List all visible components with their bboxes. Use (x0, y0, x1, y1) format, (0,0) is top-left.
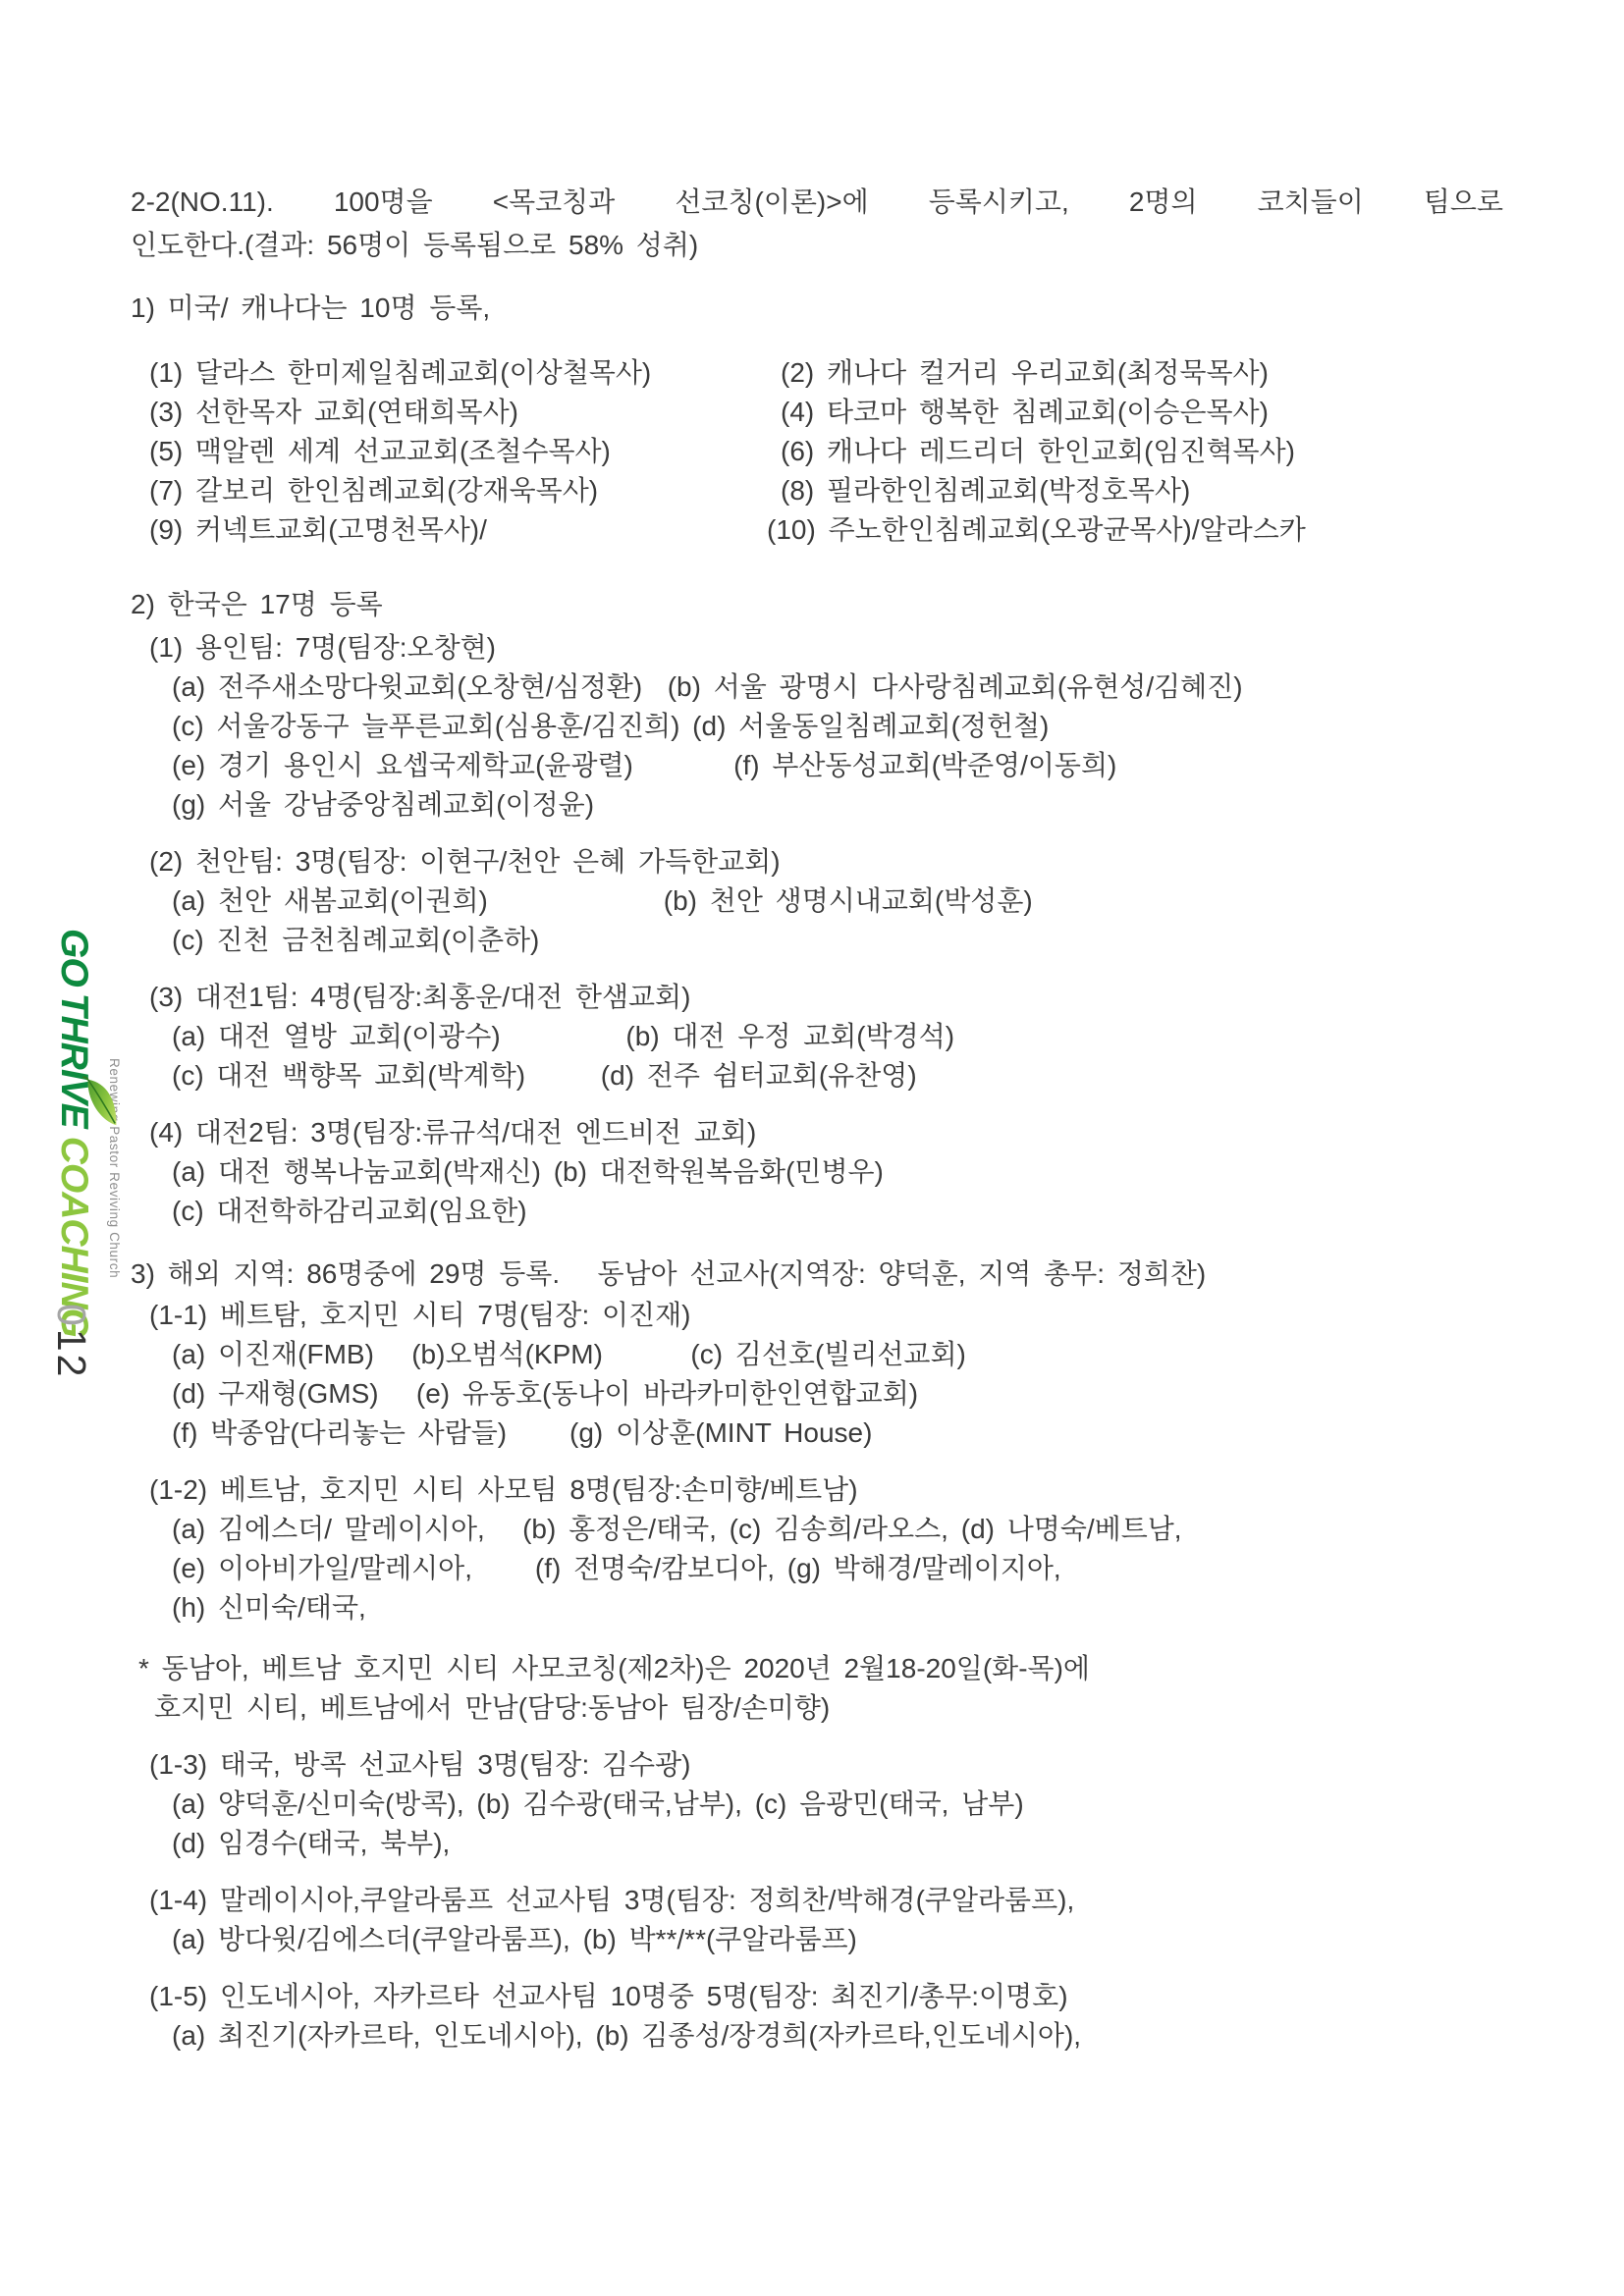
subteam-line: (d) 임경수(태국, 북부), (172, 1824, 1503, 1863)
subteam-line: (a) 이진재(FMB) (b)오범석(KPM) (c) 김선호(빌리선교회) (172, 1335, 1503, 1374)
page-number: 012 (49, 1304, 94, 1402)
subteam-line: (d) 구재형(GMS) (e) 유동호(동나이 바라카미한인연합교회) (172, 1374, 1503, 1414)
team-block-daejeon2: (4) 대전2팀: 3명(팀장:류규석/대전 엔드비전 교회) (a) 대전 행… (149, 1113, 1503, 1231)
subteam-block-1-2: (1-2) 베트남, 호지민 시티 사모팀 8명(팀장:손미향/베트남) (a)… (149, 1470, 1503, 1628)
team-title: (3) 대전1팀: 4명(팀장:최홍운/대전 한샘교회) (149, 978, 1503, 1017)
church-item: (2) 캐나다 컬거리 우리교회(최정묵목사) (781, 353, 1503, 393)
team-line: (c) 대전 백향목 교회(박계학) (d) 전주 쉼터교회(유찬영) (172, 1056, 1503, 1095)
church-item: (6) 캐나다 레드리더 한인교회(임진혁목사) (781, 432, 1503, 471)
subteam-title: (1-2) 베트남, 호지민 시티 사모팀 8명(팀장:손미향/베트남) (149, 1470, 1503, 1510)
church-list-row: (7) 갈보리 한인침례교회(강재욱목사) (8) 필라한인침례교회(박정호목사… (149, 471, 1503, 510)
subteam-block-1-1: (1-1) 베트탐, 호지민 시티 7명(팀장: 이진재) (a) 이진재(FM… (149, 1296, 1503, 1453)
subteam-block-1-3: (1-3) 태국, 방콕 선교사팀 3명(팀장: 김수광) (a) 양덕훈/신미… (149, 1745, 1503, 1863)
subteam-line: (e) 이아비가일/말레시아, (f) 전명숙/캄보디아, (g) 박해경/말레… (172, 1549, 1503, 1588)
section1-heading: 1) 미국/ 캐나다는 10명 등록, (131, 289, 1503, 328)
note-line: * 동남아, 베트남 호지민 시티 사모코칭(제2차)은 2020년 2월18-… (138, 1649, 1503, 1688)
subteam-line: (h) 신미숙/태국, (172, 1588, 1503, 1628)
team-line: (a) 천안 새봄교회(이권희) (b) 천안 생명시내교회(박성훈) (172, 881, 1503, 921)
sidebar-brand: Renewing Pastor Reviving Church GOTHRIVE… (37, 929, 122, 1302)
document-content: 2-2(NO.11). 100명을 <목코칭과 선코칭(이론)>에 등록시키고,… (131, 181, 1503, 2056)
team-line: (c) 서울강동구 늘푸른교회(심용훈/김진희) (d) 서울동일침례교회(정헌… (172, 707, 1503, 746)
church-item: (9) 커넥트교회(고명천목사)/ (149, 510, 781, 550)
logo-go-text: GO (53, 929, 95, 987)
church-item: (10) 주노한인침례교회(오광균목사)/알라스카 (781, 510, 1503, 550)
team-title: (2) 천안팀: 3명(팀장: 이현구/천안 은혜 가득한교회) (149, 842, 1503, 881)
document-page: Renewing Pastor Reviving Church GOTHRIVE… (0, 0, 1624, 2296)
team-line: (a) 대전 행복나눔교회(박재신) (b) 대전학원복음화(민병우) (172, 1152, 1503, 1192)
church-item: (1) 달라스 한미제일침례교회(이상철목사) (149, 353, 781, 393)
team-block-yongin: (1) 용인팀: 7명(팀장:오창현) (a) 전주새소망다윗교회(오창현/심정… (149, 628, 1503, 825)
church-item: (8) 필라한인침례교회(박정호목사) (781, 471, 1503, 510)
team-line: (a) 대전 열방 교회(이광수) (b) 대전 우정 교회(박경석) (172, 1017, 1503, 1056)
church-list-row: (9) 커넥트교회(고명천목사)/ (10) 주노한인침례교회(오광균목사)/알… (149, 510, 1503, 550)
team-block-daejeon1: (3) 대전1팀: 4명(팀장:최홍운/대전 한샘교회) (a) 대전 열방 교… (149, 978, 1503, 1095)
team-line: (g) 서울 강남중앙침례교회(이정윤) (172, 785, 1503, 825)
page-number-zero: 0 (49, 1304, 94, 1329)
subteam-title: (1-3) 태국, 방콕 선교사팀 3명(팀장: 김수광) (149, 1745, 1503, 1785)
subteam-line: (f) 박종암(다리놓는 사람들) (g) 이상훈(MINT House) (172, 1414, 1503, 1453)
page-number-digits: 12 (49, 1329, 94, 1380)
church-item: (3) 선한목자 교회(연태희목사) (149, 393, 781, 432)
subteam-line: (a) 방다윗/김에스더(쿠알라룸프), (b) 박**/**(쿠알라룸프) (172, 1920, 1503, 1959)
subteam-block-1-5: (1-5) 인도네시아, 자카르타 선교사팀 10명중 5명(팀장: 최진기/총… (149, 1977, 1503, 2056)
intro-line-2: 인도한다.(결과: 56명이 등록됨으로 58% 성취) (131, 224, 1503, 267)
note-line: 호지민 시티, 베트남에서 만남(담당:동남아 팀장/손미향) (154, 1688, 1503, 1728)
church-list-row: (1) 달라스 한미제일침례교회(이상철목사) (2) 캐나다 컬거리 우리교회… (149, 353, 1503, 393)
subteam-title: (1-1) 베트탐, 호지민 시티 7명(팀장: 이진재) (149, 1296, 1503, 1335)
usa-canada-church-list: (1) 달라스 한미제일침례교회(이상철목사) (2) 캐나다 컬거리 우리교회… (149, 353, 1503, 550)
intro-line-1: 2-2(NO.11). 100명을 <목코칭과 선코칭(이론)>에 등록시키고,… (131, 181, 1503, 224)
subteam-line: (a) 김에스더/ 말레이시아, (b) 홍정은/태국, (c) 김송희/라오스… (172, 1510, 1503, 1549)
logo-wordmark: GOTHRIVECOACHING (45, 929, 102, 1302)
subteam-title: (1-4) 말레이시아,쿠알라룸프 선교사팀 3명(팀장: 정희찬/박해경(쿠알… (149, 1881, 1503, 1920)
team-line: (c) 대전학하감리교회(임요한) (172, 1192, 1503, 1231)
schedule-note: * 동남아, 베트남 호지민 시티 사모코칭(제2차)은 2020년 2월18-… (138, 1649, 1503, 1728)
subteam-line: (a) 양덕훈/신미숙(방콕), (b) 김수광(태국,남부), (c) 음광민… (172, 1785, 1503, 1824)
section3-heading: 3) 해외 지역: 86명중에 29명 등록. 동남아 선교사(지역장: 양덕훈… (131, 1255, 1503, 1294)
subteam-line: (a) 최진기(자카르타, 인도네시아), (b) 김종성/장경희(자카르타,인… (172, 2016, 1503, 2056)
team-title: (4) 대전2팀: 3명(팀장:류규석/대전 엔드비전 교회) (149, 1113, 1503, 1152)
subteam-block-1-4: (1-4) 말레이시아,쿠알라룸프 선교사팀 3명(팀장: 정희찬/박해경(쿠알… (149, 1881, 1503, 1959)
church-list-row: (5) 맥알렌 세계 선교교회(조철수목사) (6) 캐나다 레드리더 한인교회… (149, 432, 1503, 471)
team-title: (1) 용인팀: 7명(팀장:오창현) (149, 628, 1503, 667)
team-line: (a) 전주새소망다윗교회(오창현/심정환) (b) 서울 광명시 다사랑침례교… (172, 667, 1503, 707)
church-list-row: (3) 선한목자 교회(연태희목사) (4) 타코마 행복한 침례교회(이승은목… (149, 393, 1503, 432)
team-line: (c) 진천 금천침례교회(이춘하) (172, 921, 1503, 960)
team-block-cheonan: (2) 천안팀: 3명(팀장: 이현구/천안 은혜 가득한교회) (a) 천안 … (149, 842, 1503, 960)
subteam-title: (1-5) 인도네시아, 자카르타 선교사팀 10명중 5명(팀장: 최진기/총… (149, 1977, 1503, 2016)
church-item: (4) 타코마 행복한 침례교회(이승은목사) (781, 393, 1503, 432)
section2-heading: 2) 한국은 17명 등록 (131, 585, 1503, 624)
intro-paragraph: 2-2(NO.11). 100명을 <목코칭과 선코칭(이론)>에 등록시키고,… (131, 181, 1503, 267)
church-item: (7) 갈보리 한인침례교회(강재욱목사) (149, 471, 781, 510)
team-line: (e) 경기 용인시 요셉국제학교(윤광렬) (f) 부산동성교회(박준영/이동… (172, 746, 1503, 785)
church-item: (5) 맥알렌 세계 선교교회(조철수목사) (149, 432, 781, 471)
